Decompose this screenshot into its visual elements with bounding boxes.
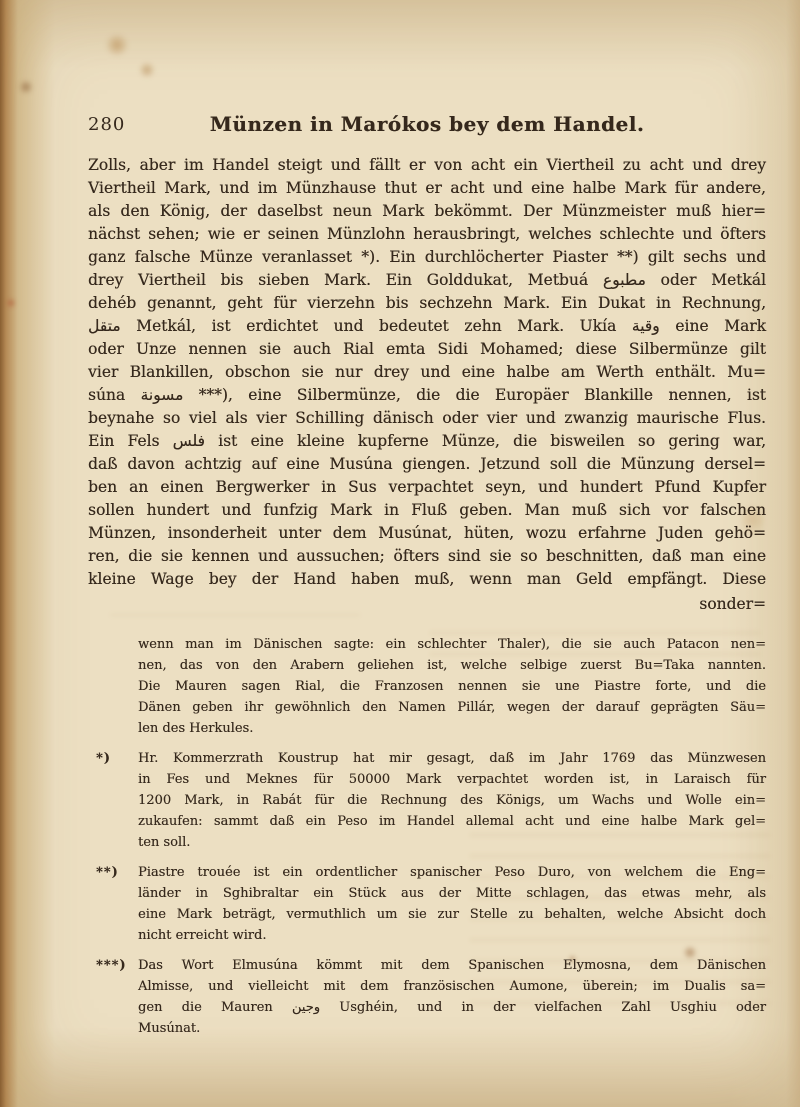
text-block: 280 Münzen in Marókos bey dem Handel. Zo… bbox=[88, 112, 766, 1048]
footnote-line: len des Herkules. bbox=[138, 718, 766, 739]
body-line: متقل Metkál, ist erdichtet und bedeutet … bbox=[88, 315, 766, 338]
footnote-lines: Hr. Kommerzrath Koustrup hat mir gesagt,… bbox=[138, 748, 766, 853]
paper-stain bbox=[18, 80, 34, 94]
body-line: beynahe so viel als vier Schilling dänis… bbox=[88, 407, 766, 430]
body-line: ren, die sie kennen und aussuchen; öfter… bbox=[88, 545, 766, 568]
footnote-asterisk: *) Hr. Kommerzrath Koustrup hat mir gesa… bbox=[88, 748, 766, 853]
body-line: ben an einen Bergwerker in Sus verpachte… bbox=[88, 476, 766, 499]
paper-stain bbox=[138, 62, 156, 78]
body-line: súna مسونة ***), eine Silbermünze, die d… bbox=[88, 384, 766, 407]
footnote-line: eine Mark beträgt, vermuthlich um sie zu… bbox=[138, 904, 766, 925]
footnote-line: zukaufen: sammt daß ein Peso im Handel a… bbox=[138, 811, 766, 832]
footnote-marker: ***) bbox=[96, 955, 127, 976]
footnote-lines: wenn man im Dänischen sagte: ein schlech… bbox=[138, 634, 766, 739]
footnote-line: Musúnat. bbox=[138, 1018, 766, 1039]
footnote-line: Dänen geben ihr gewöhnlich den Namen Pil… bbox=[138, 697, 766, 718]
footnote-line: gen die Mauren وجين Usghéin, und in der … bbox=[138, 997, 766, 1018]
footnote-line: Die Mauren sagen Rial, die Franzosen nen… bbox=[138, 676, 766, 697]
body-line: daß davon achtzig auf eine Musúna gienge… bbox=[88, 453, 766, 476]
body-line: nächst sehen; wie er seinen Münzlohn her… bbox=[88, 223, 766, 246]
footnote-line: 1200 Mark, in Rabát für die Rechnung des… bbox=[138, 790, 766, 811]
footnote-line: in Fes und Meknes für 50000 Mark verpach… bbox=[138, 769, 766, 790]
footnote-line: Das Wort Elmusúna kömmt mit dem Spanisch… bbox=[138, 955, 766, 976]
paper-stain bbox=[104, 34, 130, 56]
paper-stain bbox=[6, 298, 16, 308]
footnote-line: Hr. Kommerzrath Koustrup hat mir gesagt,… bbox=[138, 748, 766, 769]
body-line: oder Unze nennen sie auch Rial emta Sidi… bbox=[88, 338, 766, 361]
running-title: Münzen in Marókos bey dem Handel. bbox=[88, 112, 766, 136]
body-text: Zolls, aber im Handel steigt und fällt e… bbox=[88, 154, 766, 591]
footnote-line: wenn man im Dänischen sagte: ein schlech… bbox=[138, 634, 766, 655]
page-header: 280 Münzen in Marókos bey dem Handel. bbox=[88, 112, 766, 138]
scanned-book-page: { "colors": { "paper": "#ecdfc2", "ink":… bbox=[0, 0, 800, 1107]
footnote-section: wenn man im Dänischen sagte: ein schlech… bbox=[88, 634, 766, 1039]
footnote-line: Almisse, und vielleicht mit dem französi… bbox=[138, 976, 766, 997]
footnote-triple-asterisk: ***) Das Wort Elmusúna kömmt mit dem Spa… bbox=[88, 955, 766, 1039]
body-line: kleine Wage bey der Hand haben muß, wenn… bbox=[88, 568, 766, 591]
body-line: als den König, der daselbst neun Mark be… bbox=[88, 200, 766, 223]
footnote-marker: *) bbox=[96, 748, 111, 769]
footnote-line: Piastre trouée ist ein ordentlicher span… bbox=[138, 862, 766, 883]
footnote-double-asterisk: **) Piastre trouée ist ein ordentlicher … bbox=[88, 862, 766, 946]
footnote-lines: Das Wort Elmusúna kömmt mit dem Spanisch… bbox=[138, 955, 766, 1039]
body-line: dehéb genannt, geht für vierzehn bis sec… bbox=[88, 292, 766, 315]
body-line: ganz falsche Münze veranlasset *). Ein d… bbox=[88, 246, 766, 269]
footnote-continuation: wenn man im Dänischen sagte: ein schlech… bbox=[88, 634, 766, 739]
footnote-line: ten soll. bbox=[138, 832, 766, 853]
body-line: Viertheil Mark, und im Münzhause thut er… bbox=[88, 177, 766, 200]
body-line: sollen hundert und funfzig Mark in Fluß … bbox=[88, 499, 766, 522]
body-line: Ein Fels فلس ist eine kleine kupferne Mü… bbox=[88, 430, 766, 453]
footnote-line: nicht erreicht wird. bbox=[138, 925, 766, 946]
footnote-lines: Piastre trouée ist ein ordentlicher span… bbox=[138, 862, 766, 946]
body-line: Münzen, insonderheit unter dem Musúnat, … bbox=[88, 522, 766, 545]
body-line: Zolls, aber im Handel steigt und fällt e… bbox=[88, 154, 766, 177]
body-line: drey Viertheil bis sieben Mark. Ein Gold… bbox=[88, 269, 766, 292]
footnote-line: länder in Sghibraltar ein Stück aus der … bbox=[138, 883, 766, 904]
footnote-line: nen, das von den Arabern geliehen ist, w… bbox=[138, 655, 766, 676]
footnote-marker: **) bbox=[96, 862, 119, 883]
catchword: sonder= bbox=[88, 593, 766, 616]
body-line: vier Blankillen, obschon sie nur drey un… bbox=[88, 361, 766, 384]
